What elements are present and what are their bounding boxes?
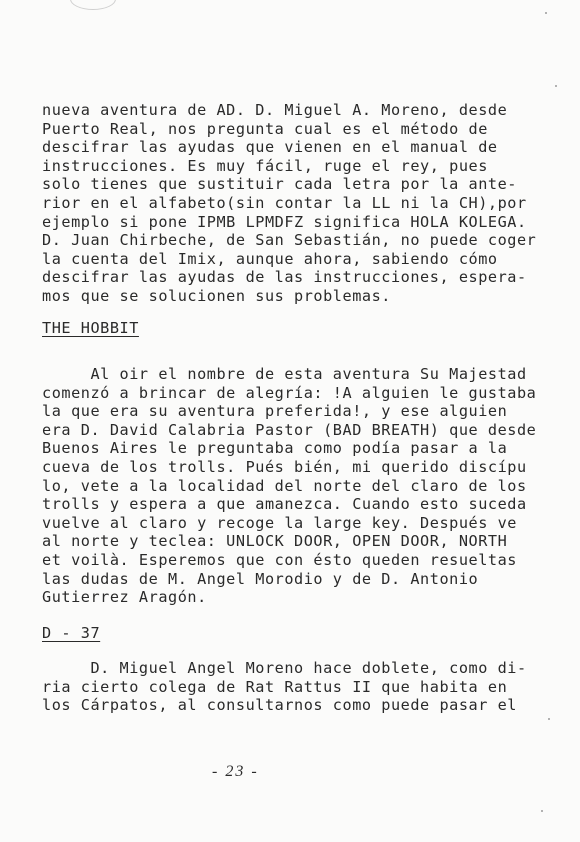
text-line: descifrar las ayudas de las instruccione…	[42, 268, 527, 286]
text-line: la que era su aventura preferida!, y ese…	[42, 402, 507, 420]
text-line: las dudas de M. Angel Morodio y de D. An…	[42, 570, 478, 588]
text-line: descifrar las ayudas que vienen en el ma…	[42, 138, 498, 156]
text-line: ria cierto colega de Rat Rattus II que h…	[42, 678, 507, 696]
text-line: D. Miguel Angel Moreno hace doblete, com…	[42, 659, 527, 677]
section-heading-the-hobbit: THE HOBBIT	[42, 319, 139, 337]
text-line: comenzó a brincar de alegría: !A alguien…	[42, 384, 536, 402]
text-line: los Cárpatos, al consultarnos como puede…	[42, 696, 517, 714]
paper-speck	[541, 810, 543, 812]
text-line: lo, vete a la localidad del norte del cl…	[42, 477, 527, 495]
text-line: trolls y espera a que amanezca. Cuando e…	[42, 495, 527, 513]
typewritten-page: nueva aventura de AD. D. Miguel A. Moren…	[0, 0, 580, 842]
text-line: rior en el alfabeto(sin contar la LL ni …	[42, 194, 527, 212]
paper-stain	[70, 0, 116, 10]
section-heading-d-37: D - 37	[42, 624, 100, 642]
text-line: al norte y teclea: UNLOCK DOOR, OPEN DOO…	[42, 532, 507, 550]
text-line: ejemplo si pone IPMB LPMDFZ significa HO…	[42, 213, 527, 231]
text-line: D. Juan Chirbeche, de San Sebastián, no …	[42, 231, 536, 249]
text-line: era D. David Calabria Pastor (BAD BREATH…	[42, 421, 536, 439]
text-line: vuelve al claro y recoge la large key. D…	[42, 514, 517, 532]
text-line: cueva de los trolls. Pués bién, mi queri…	[42, 458, 527, 476]
text-line: et voilà. Esperemos que con ésto queden …	[42, 551, 517, 569]
page-number: - 23 -	[212, 763, 259, 781]
text-line: instrucciones. Es muy fácil, ruge el rey…	[42, 157, 488, 175]
text-line: nueva aventura de AD. D. Miguel A. Moren…	[42, 101, 507, 119]
text-line: la cuenta del Imix, aunque ahora, sabien…	[42, 250, 498, 268]
paper-speck	[555, 85, 557, 87]
text-line: solo tienes que sustituir cada letra por…	[42, 175, 517, 193]
text-line: Al oir el nombre de esta aventura Su Maj…	[42, 365, 527, 383]
text-line: mos que se solucionen sus problemas.	[42, 287, 391, 305]
paper-speck	[548, 718, 550, 720]
text-line: Buenos Aires le preguntaba como podía pa…	[42, 439, 507, 457]
paper-speck	[545, 12, 547, 14]
text-line: Gutierrez Aragón.	[42, 588, 207, 606]
text-line: Puerto Real, nos pregunta cual es el mét…	[42, 120, 488, 138]
